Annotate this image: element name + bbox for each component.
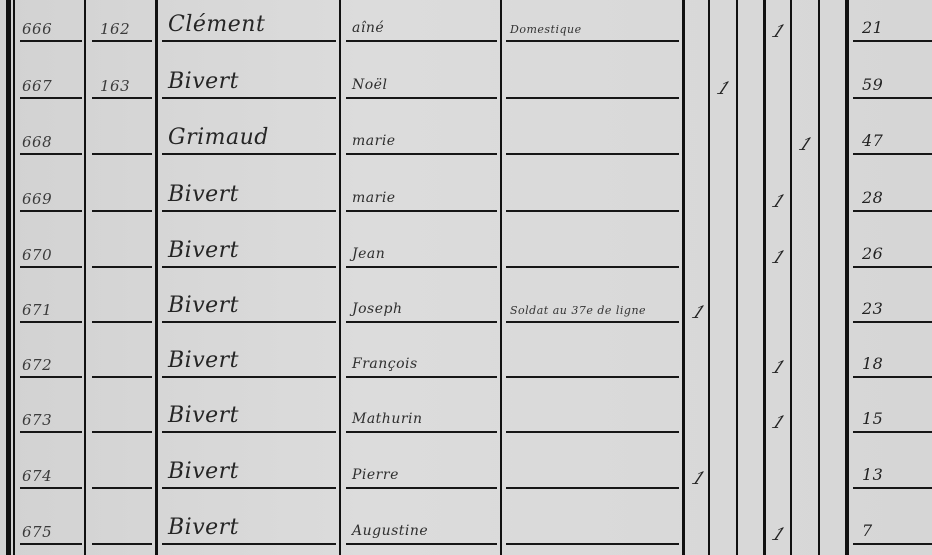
age: 59 xyxy=(862,75,883,94)
register-page: 666 162 Clément aîné Domestique 1 21 667… xyxy=(0,0,932,555)
entry-number: 675 xyxy=(22,523,52,541)
row-rule-given xyxy=(346,376,497,378)
row-rule-surname xyxy=(162,321,336,323)
row-rule-surname xyxy=(162,376,336,378)
column-rule xyxy=(818,0,820,555)
row-rule-household xyxy=(92,210,152,212)
row-rule-age xyxy=(853,376,932,378)
row-rule-occupation xyxy=(506,210,679,212)
row-rule-surname xyxy=(162,543,336,545)
row-rule-household xyxy=(92,266,152,268)
row-rule-age xyxy=(853,153,932,155)
given-name: Augustine xyxy=(352,523,428,539)
tally-mark: 1 xyxy=(768,192,789,212)
occupation: Domestique xyxy=(510,23,582,36)
row-rule-given xyxy=(346,487,497,489)
row-rule-household xyxy=(92,431,152,433)
given-name: marie xyxy=(352,190,396,206)
row-rule-age xyxy=(853,40,932,42)
age: 7 xyxy=(862,521,873,540)
household-number: 162 xyxy=(100,20,130,38)
left-border-rule xyxy=(6,0,11,555)
age: 26 xyxy=(862,244,883,263)
row-rule-household xyxy=(92,487,152,489)
given-name: Noël xyxy=(352,77,387,93)
surname: Grimaud xyxy=(168,125,269,150)
row-rule-given xyxy=(346,431,497,433)
age: 23 xyxy=(862,299,883,318)
column-rule xyxy=(682,0,685,555)
column-rule xyxy=(13,0,15,555)
column-rule xyxy=(845,0,849,555)
row-rule-household xyxy=(92,40,152,42)
entry-number: 666 xyxy=(22,20,52,38)
household-number: 163 xyxy=(100,77,130,95)
row-rule-given xyxy=(346,153,497,155)
row-rule-occupation xyxy=(506,431,679,433)
row-rule-entry xyxy=(20,266,82,268)
row-rule-surname xyxy=(162,487,336,489)
row-rule-occupation xyxy=(506,97,679,99)
given-name: Jean xyxy=(352,246,385,262)
entry-number: 674 xyxy=(22,467,52,485)
column-rule xyxy=(500,0,502,555)
age: 18 xyxy=(862,354,883,373)
row-rule-occupation xyxy=(506,40,679,42)
row-rule-given xyxy=(346,40,497,42)
age: 13 xyxy=(862,465,883,484)
tally-mark: 1 xyxy=(768,22,789,42)
row-rule-household xyxy=(92,153,152,155)
row-rule-occupation xyxy=(506,543,679,545)
row-rule-given xyxy=(346,210,497,212)
entry-number: 670 xyxy=(22,246,52,264)
column-rule xyxy=(790,0,792,555)
row-rule-given xyxy=(346,543,497,545)
row-rule-age xyxy=(853,321,932,323)
row-rule-entry xyxy=(20,40,82,42)
row-rule-household xyxy=(92,543,152,545)
tally-mark: 1 xyxy=(768,248,789,268)
age: 15 xyxy=(862,409,883,428)
row-rule-given xyxy=(346,97,497,99)
tally-mark: 1 xyxy=(688,303,709,323)
tally-mark: 1 xyxy=(688,469,709,489)
column-rule xyxy=(339,0,341,555)
row-rule-surname xyxy=(162,153,336,155)
entry-number: 668 xyxy=(22,133,52,151)
row-rule-surname xyxy=(162,97,336,99)
entry-number: 673 xyxy=(22,411,52,429)
age: 28 xyxy=(862,188,883,207)
row-rule-age xyxy=(853,487,932,489)
tally-mark: 1 xyxy=(713,79,734,99)
occupation: Soldat au 37e de ligne xyxy=(510,304,646,317)
row-rule-occupation xyxy=(506,487,679,489)
row-rule-entry xyxy=(20,376,82,378)
entry-number: 669 xyxy=(22,190,52,208)
column-rule xyxy=(736,0,738,555)
row-rule-occupation xyxy=(506,153,679,155)
column-rule xyxy=(84,0,86,555)
tally-mark: 1 xyxy=(768,525,789,545)
tally-mark: 1 xyxy=(768,358,789,378)
row-rule-age xyxy=(853,97,932,99)
given-name: marie xyxy=(352,133,396,149)
row-rule-household xyxy=(92,321,152,323)
age: 21 xyxy=(862,18,883,37)
row-rule-entry xyxy=(20,321,82,323)
row-rule-household xyxy=(92,97,152,99)
entry-number: 671 xyxy=(22,301,52,319)
surname: Bivert xyxy=(168,238,239,263)
row-rule-surname xyxy=(162,210,336,212)
given-name: aîné xyxy=(352,20,384,36)
row-rule-given xyxy=(346,266,497,268)
surname: Bivert xyxy=(168,69,239,94)
tally-mark: 1 xyxy=(768,413,789,433)
tally-mark: 1 xyxy=(795,135,816,155)
row-rule-entry xyxy=(20,210,82,212)
row-rule-age xyxy=(853,266,932,268)
surname: Bivert xyxy=(168,515,239,540)
row-rule-entry xyxy=(20,543,82,545)
row-rule-entry xyxy=(20,153,82,155)
surname: Clément xyxy=(168,12,265,37)
row-rule-surname xyxy=(162,266,336,268)
age: 47 xyxy=(862,131,883,150)
row-rule-age xyxy=(853,543,932,545)
surname: Bivert xyxy=(168,293,239,318)
given-name: Mathurin xyxy=(352,411,423,427)
column-rule xyxy=(708,0,710,555)
row-rule-surname xyxy=(162,40,336,42)
surname: Bivert xyxy=(168,459,239,484)
row-rule-entry xyxy=(20,97,82,99)
row-rule-occupation xyxy=(506,321,679,323)
given-name: Joseph xyxy=(352,301,403,317)
row-rule-entry xyxy=(20,431,82,433)
entry-number: 667 xyxy=(22,77,52,95)
row-rule-given xyxy=(346,321,497,323)
surname: Bivert xyxy=(168,182,239,207)
row-rule-entry xyxy=(20,487,82,489)
surname: Bivert xyxy=(168,403,239,428)
surname: Bivert xyxy=(168,348,239,373)
row-rule-age xyxy=(853,210,932,212)
given-name: François xyxy=(352,356,418,372)
column-rule xyxy=(763,0,766,555)
row-rule-occupation xyxy=(506,376,679,378)
entry-number: 672 xyxy=(22,356,52,374)
row-rule-household xyxy=(92,376,152,378)
given-name: Pierre xyxy=(352,467,399,483)
row-rule-occupation xyxy=(506,266,679,268)
row-rule-surname xyxy=(162,431,336,433)
row-rule-age xyxy=(853,431,932,433)
column-rule xyxy=(155,0,158,555)
